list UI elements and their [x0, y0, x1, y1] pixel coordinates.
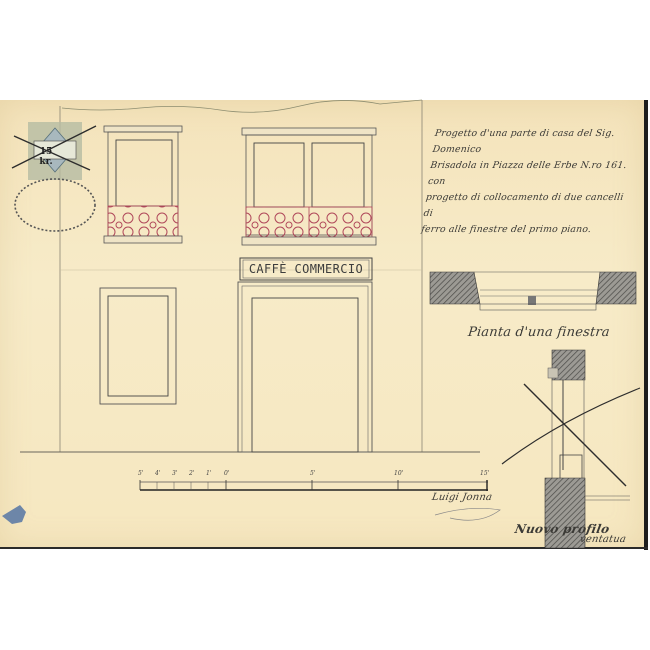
- signature-flourish: [435, 508, 500, 520]
- scale-label: 5': [310, 470, 315, 477]
- window-profile-section: [502, 350, 640, 548]
- shop-sign-text: CAFFÈ COMMERCIO: [244, 261, 368, 278]
- window-plan: [430, 272, 636, 310]
- title-line: ferro alle finestre del primo piano.: [420, 222, 632, 238]
- title-line: progetto di collocamento di due cancelli…: [422, 190, 636, 222]
- scale-label: 1': [206, 470, 211, 477]
- scale-label: 5': [138, 470, 143, 477]
- ink-blot: [2, 505, 26, 524]
- scale-label: 10': [394, 470, 403, 477]
- scale-label: 0': [224, 470, 229, 477]
- scale-label: 2': [189, 470, 194, 477]
- scale-label: 4': [155, 470, 160, 477]
- title-block: Progetto d'una parte di casa del Sig. Do…: [420, 126, 646, 238]
- ground-window: [100, 288, 176, 404]
- scale-label: 3': [172, 470, 177, 477]
- stamp-value: 15 kr.: [32, 147, 60, 167]
- revenue-stamp: [12, 122, 96, 231]
- upper-window-right: [242, 128, 376, 245]
- signature: Luigi Jonna: [431, 492, 493, 503]
- profile-label-2: ventatua: [579, 534, 627, 545]
- roof-line: [62, 100, 422, 112]
- upper-window-left: [104, 126, 182, 243]
- title-line: Brisadola in Piazza delle Erbe N.ro 161.…: [427, 158, 641, 190]
- scale-label: 15': [480, 470, 489, 477]
- plan-label: Pianta d'una finestra: [467, 325, 610, 340]
- title-line: Progetto d'una parte di casa del Sig. Do…: [431, 126, 645, 158]
- cafe-door: [238, 282, 372, 452]
- scale-bar: [140, 480, 488, 491]
